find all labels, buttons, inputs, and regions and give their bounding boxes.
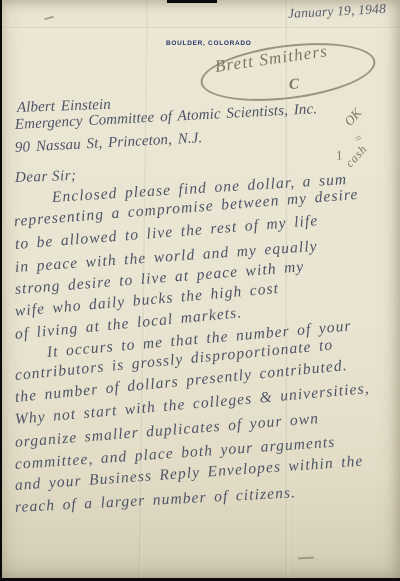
pencil-stray-mark-bottom [298, 557, 314, 560]
letterhead-city: BOULDER, COLORADO [166, 40, 252, 47]
recipient-line: 90 Nassau St, Princeton, N.J. [15, 130, 203, 157]
paper-edge-notch [167, 0, 217, 3]
letter-paper: January 19, 1948 BOULDER, COLORADO Brett… [2, 0, 400, 578]
salutation: Dear Sir; [15, 168, 77, 187]
margin-note-ok: OK [341, 105, 365, 129]
letter-date: January 19, 1948 [288, 1, 387, 22]
pencil-stray-mark-top [44, 16, 54, 21]
scanned-letter: January 19, 1948 BOULDER, COLORADO Brett… [0, 0, 400, 581]
margin-note-cash: cash [343, 142, 371, 171]
margin-note-one: 1 [335, 147, 344, 164]
fold-crease-horizontal [2, 26, 400, 30]
pencil-c-mark: C [288, 76, 299, 94]
